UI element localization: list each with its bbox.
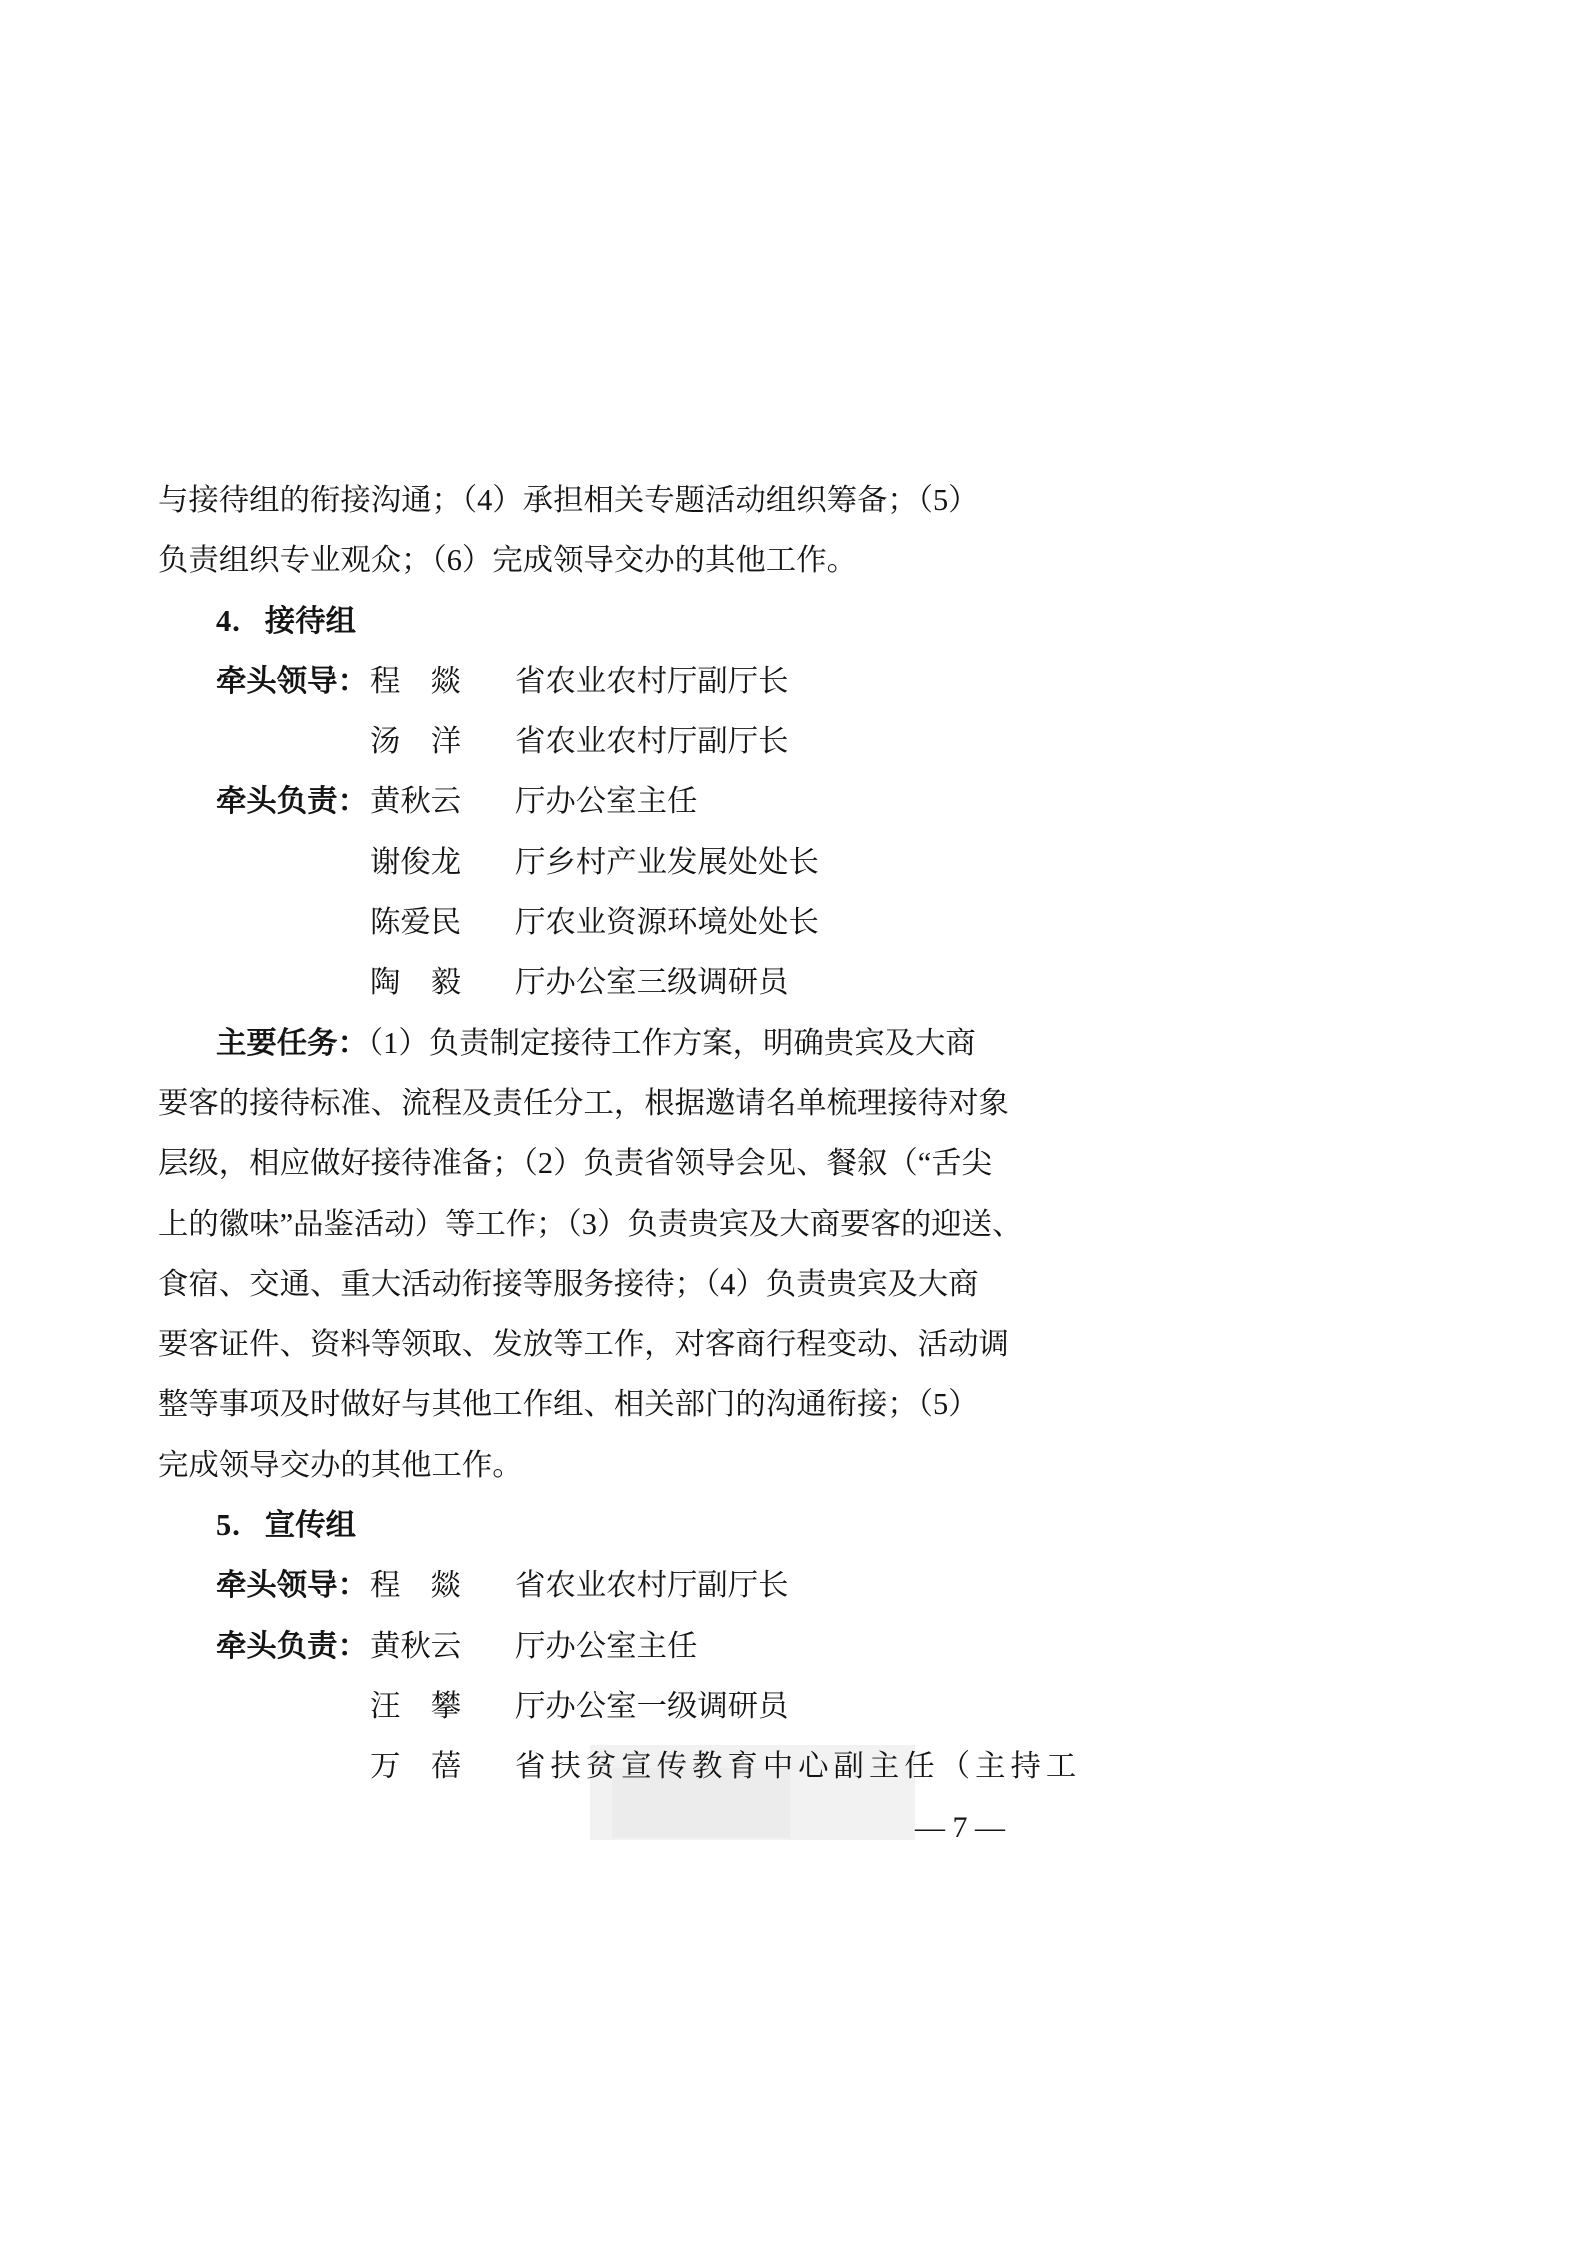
person-title: 厅办公室一级调研员 (515, 1676, 789, 1736)
lead-responsible-row: 牵头负责： 黄秋云 厅办公室主任 (158, 771, 1078, 831)
lead-responsible-row: 陶 毅 厅办公室三级调研员 (158, 952, 1078, 1012)
person-name: 黄秋云 (370, 1616, 461, 1676)
tasks-paragraph-line: 要客的接待标准、流程及责任分工，根据邀请名单梳理接待对象 (158, 1073, 1078, 1133)
tasks-paragraph-line: 主要任务：（1）负责制定接待工作方案，明确贵宾及大商 (158, 1013, 1078, 1073)
person-title: 厅乡村产业发展处处长 (515, 832, 819, 892)
person-name: 陶 毅 (370, 952, 461, 1012)
person-title: 省农业农村厅副厅长 (515, 651, 789, 711)
lead-responsible-row: 陈爱民 厅农业资源环境处处长 (158, 892, 1078, 952)
tasks-paragraph-line: 要客证件、资料等领取、发放等工作，对客商行程变动、活动调 (158, 1314, 1078, 1374)
section-title: 接待组 (265, 604, 356, 638)
section-heading-reception-group: 4.接待组 (158, 591, 1078, 651)
tasks-paragraph-line: 层级，相应做好接待准备；（2）负责省领导会见、餐叙（“舌尖 (158, 1133, 1078, 1193)
document-body: 与接待组的衔接沟通；（4）承担相关专题活动组织筹备；（5） 负责组织专业观众；（… (158, 470, 1078, 1797)
paragraph-line: 负责组织专业观众；（6）完成领导交办的其他工作。 (158, 530, 1078, 590)
person-title: 省农业农村厅副厅长 (515, 711, 789, 771)
section-title: 宣传组 (265, 1508, 356, 1542)
person-name: 陈爱民 (370, 892, 461, 952)
person-title: 厅办公室三级调研员 (515, 952, 789, 1012)
lead-leader-row: 汤 洋 省农业农村厅副厅长 (158, 711, 1078, 771)
person-title: 省扶贫宣传教育中心副主任（主持工 (515, 1736, 1081, 1796)
lead-responsible-row: 万 蓓 省扶贫宣传教育中心副主任（主持工 (158, 1736, 1078, 1796)
person-name: 汪 攀 (370, 1676, 461, 1736)
lead-leader-row: 牵头领导： 程 燚 省农业农村厅副厅长 (158, 651, 1078, 711)
person-title: 厅农业资源环境处处长 (515, 892, 819, 952)
person-name: 汤 洋 (370, 711, 461, 771)
person-title: 厅办公室主任 (515, 1616, 697, 1676)
page-number: — 7 — (880, 1798, 1040, 1858)
lead-leader-label: 牵头领导： (216, 1555, 368, 1615)
person-name: 黄秋云 (370, 771, 461, 831)
person-name: 程 燚 (370, 651, 461, 711)
tasks-paragraph-line: 食宿、交通、重大活动衔接等服务接待；（4）负责贵宾及大商 (158, 1254, 1078, 1314)
person-name: 万 蓓 (370, 1736, 461, 1796)
tasks-label: 主要任务： (216, 1026, 368, 1060)
tasks-paragraph-line: 整等事项及时做好与其他工作组、相关部门的沟通衔接；（5） (158, 1374, 1078, 1434)
lead-leader-row: 牵头领导： 程 燚 省农业农村厅副厅长 (158, 1555, 1078, 1615)
section-number: 5. (216, 1495, 241, 1555)
person-title: 省农业农村厅副厅长 (515, 1555, 789, 1615)
section-heading-publicity-group: 5.宣传组 (158, 1495, 1078, 1555)
document-page: 与接待组的衔接沟通；（4）承担相关专题活动组织筹备；（5） 负责组织专业观众；（… (0, 0, 1588, 2245)
tasks-text: （1）负责制定接待工作方案，明确贵宾及大商 (368, 1026, 976, 1060)
person-title: 厅办公室主任 (515, 771, 697, 831)
section-number: 4. (216, 591, 241, 651)
lead-responsible-row: 汪 攀 厅办公室一级调研员 (158, 1676, 1078, 1736)
tasks-paragraph-line: 完成领导交办的其他工作。 (158, 1435, 1078, 1495)
paragraph-line: 与接待组的衔接沟通；（4）承担相关专题活动组织筹备；（5） (158, 470, 1078, 530)
lead-responsible-row: 牵头负责： 黄秋云 厅办公室主任 (158, 1616, 1078, 1676)
lead-leader-label: 牵头领导： (216, 651, 368, 711)
lead-responsible-label: 牵头负责： (216, 1616, 368, 1676)
person-name: 程 燚 (370, 1555, 461, 1615)
lead-responsible-row: 谢俊龙 厅乡村产业发展处处长 (158, 832, 1078, 892)
tasks-paragraph-line: 上的徽味”品鉴活动）等工作；（3）负责贵宾及大商要客的迎送、 (158, 1194, 1078, 1254)
person-name: 谢俊龙 (370, 832, 461, 892)
lead-responsible-label: 牵头负责： (216, 771, 368, 831)
